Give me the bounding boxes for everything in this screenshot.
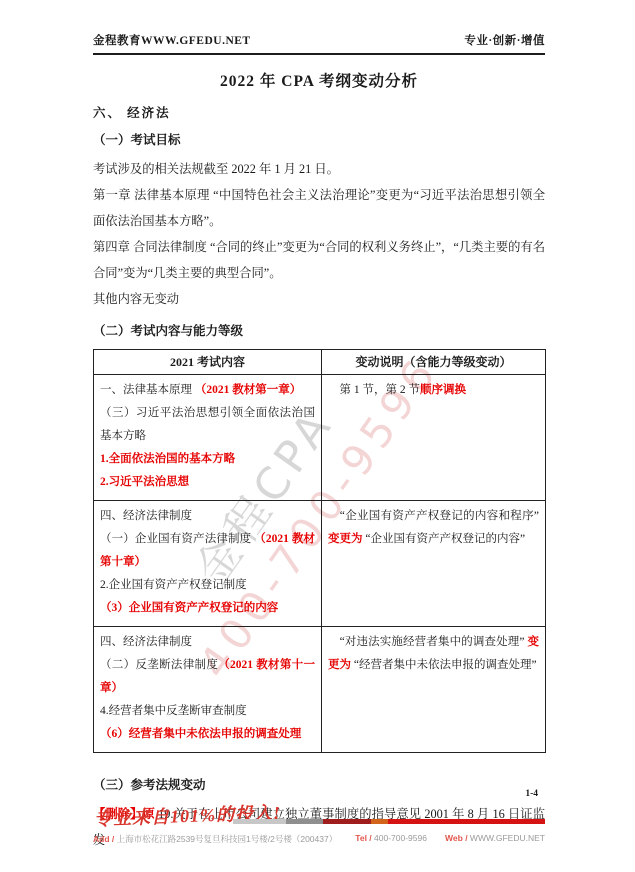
subsection-3-heading: （三）参考法规变动 — [93, 773, 545, 797]
subsection-1-heading: （一）考试目标 — [93, 128, 545, 152]
page-number: 1-4 — [525, 789, 538, 799]
header-brand: 金程教育WWW.GFEDU.NET — [93, 32, 251, 48]
table-row: 一、法律基本原理 （2021 教材第一章）（三）习近平法治思想引领全面依法治国基… — [94, 375, 546, 501]
footer-telephone: Tel / 400-700-9596 — [355, 833, 427, 845]
cell-change-description-row1: 第 1 节，第 2 节顺序调换 — [322, 375, 546, 501]
document-header: 金程教育WWW.GFEDU.NET 专业·创新·增值 — [93, 32, 545, 55]
cell-2021-content-row1: 一、法律基本原理 （2021 教材第一章）（三）习近平法治思想引领全面依法治国基… — [94, 375, 322, 501]
cell-change-description-row3: “对违法实施经营者集中的调查处理” 变更为 “经营者集中未依法申报的调查处理” — [322, 627, 546, 753]
bar-segment — [371, 819, 388, 824]
cell-change-description-row2: “企业国有资产产权登记的内容和程序” 变更为 “企业国有资产产权登记的内容” — [322, 501, 546, 627]
syllabus-change-table: 2021 考试内容 变动说明（含能力等级变动） 一、法律基本原理 （2021 教… — [93, 349, 546, 753]
document-content: 金程教育WWW.GFEDU.NET 专业·创新·增值 2022 年 CPA 考纲… — [93, 0, 545, 853]
page-footer: 专业来自101%的投入! Add / 上海市松花江路2539号复旦科技园1号楼/… — [0, 802, 635, 872]
cell-2021-content-row2: 四、经济法律制度（一）企业国有资产法律制度 （2021 教材第十章）2.企业国有… — [94, 501, 322, 627]
footer-contacts: Add / 上海市松花江路2539号复旦科技园1号楼/2号楼（200437） T… — [93, 833, 545, 845]
bar-segment — [388, 819, 545, 824]
subsection-1-body: 考试涉及的相关法规截至 2022 年 1 月 21 日。 第一章 法律基本原理 … — [93, 156, 545, 312]
table-header-row: 2021 考试内容 变动说明（含能力等级变动） — [94, 350, 546, 375]
bar-segment — [233, 819, 286, 824]
bar-segment — [323, 819, 371, 824]
subsection-2-heading: （二）考试内容与能力等级 — [93, 319, 545, 343]
column-header-change-description: 变动说明（含能力等级变动） — [322, 350, 546, 375]
document-page: 金程CPA 400-700-9596 金程教育WWW.GFEDU.NET 专业·… — [0, 0, 635, 872]
page-title: 2022 年 CPA 考纲变动分析 — [93, 69, 545, 91]
paragraph-chapter1-change: 第一章 法律基本原理 “中国特色社会主义法治理论”变更为“习近平法治思想引领全面… — [93, 182, 545, 234]
header-slogan: 专业·创新·增值 — [464, 32, 545, 48]
paragraph-law-cutoff: 考试涉及的相关法规截至 2022 年 1 月 21 日。 — [93, 156, 545, 182]
cell-2021-content-row3: 四、经济法律制度（二）反垄断法律制度（2021 教材第十一章）4.经营者集中反垄… — [94, 627, 322, 753]
bar-segment — [286, 819, 323, 824]
paragraph-no-other-change: 其他内容无变动 — [93, 286, 545, 312]
column-header-2021-content: 2021 考试内容 — [94, 350, 322, 375]
table-row: 四、经济法律制度（一）企业国有资产法律制度 （2021 教材第十章）2.企业国有… — [94, 501, 546, 627]
table-row: 四、经济法律制度（二）反垄断法律制度（2021 教材第十一章）4.经营者集中反垄… — [94, 627, 546, 753]
footer-decorative-bar — [233, 819, 545, 824]
section-heading-economic-law: 六、 经济法 — [93, 103, 545, 121]
footer-website: Web / WWW.GFEDU.NET — [445, 833, 545, 845]
footer-slogan: 专业来自101%的投入! — [94, 799, 282, 832]
paragraph-chapter4-change: 第四章 合同法律制度 “合同的终止”变更为“合同的权利义务终止”，“几类主要的有… — [93, 234, 545, 286]
footer-address: Add / 上海市松花江路2539号复旦科技园1号楼/2号楼（200437） — [93, 833, 337, 845]
